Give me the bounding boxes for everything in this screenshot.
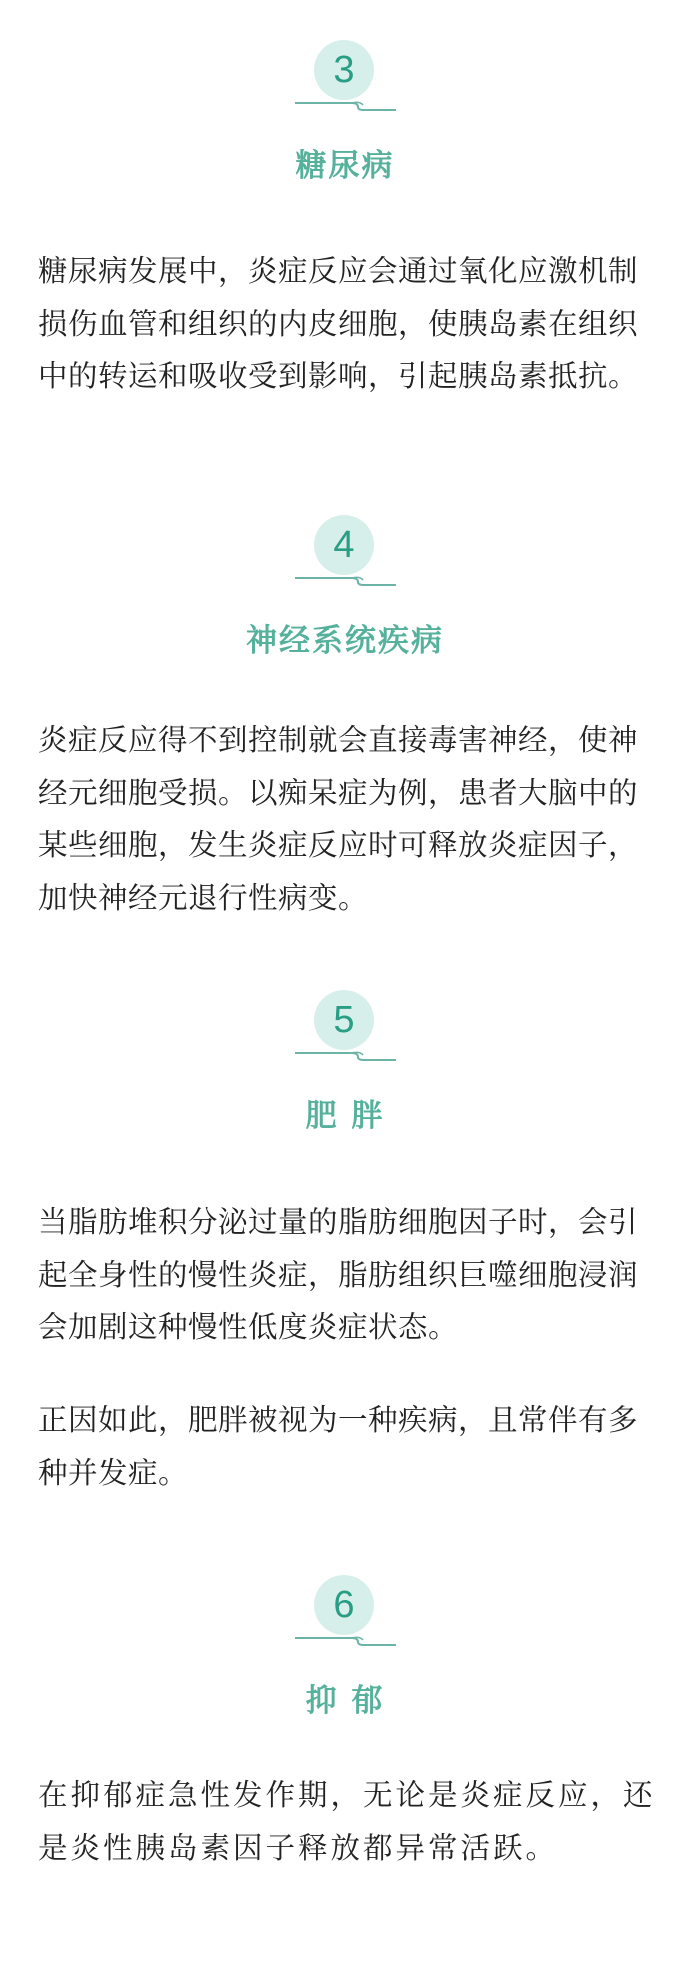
wave-line-icon <box>290 92 400 112</box>
number-circle: 3 <box>314 40 374 100</box>
section-title: 肥 胖 <box>0 1090 690 1135</box>
wave-line-icon <box>290 1627 400 1647</box>
wave-line-icon <box>290 1042 400 1062</box>
section-number-badge: 5 <box>290 990 400 1060</box>
number-circle: 4 <box>314 515 374 575</box>
section-paragraph: 炎症反应得不到控制就会直接毒害神经，使神经元细胞受损。以痴呆症为例，患者大脑中的… <box>38 714 658 924</box>
section-title: 神经系统疾病 <box>0 615 690 660</box>
section-number-badge: 6 <box>290 1575 400 1645</box>
section-number-badge: 3 <box>290 40 400 110</box>
section-number-badge: 4 <box>290 515 400 585</box>
section-title: 糖尿病 <box>0 140 690 185</box>
section-paragraph: 正因如此，肥胖被视为一种疾病，且常伴有多种并发症。 <box>38 1394 658 1499</box>
wave-line-icon <box>290 567 400 587</box>
section-paragraph: 在抑郁症急性发作期，无论是炎症反应，还是炎性胰岛素因子释放都异常活跃。 <box>38 1769 658 1874</box>
section-paragraph: 糖尿病发展中，炎症反应会通过氧化应激机制损伤血管和组织的内皮细胞，使胰岛素在组织… <box>38 245 658 403</box>
section-title: 抑 郁 <box>0 1675 690 1720</box>
section-paragraph: 当脂肪堆积分泌过量的脂肪细胞因子时，会引起全身性的慢性炎症，脂肪组织巨噬细胞浸润… <box>38 1196 658 1354</box>
number-circle: 5 <box>314 990 374 1050</box>
number-circle: 6 <box>314 1575 374 1635</box>
